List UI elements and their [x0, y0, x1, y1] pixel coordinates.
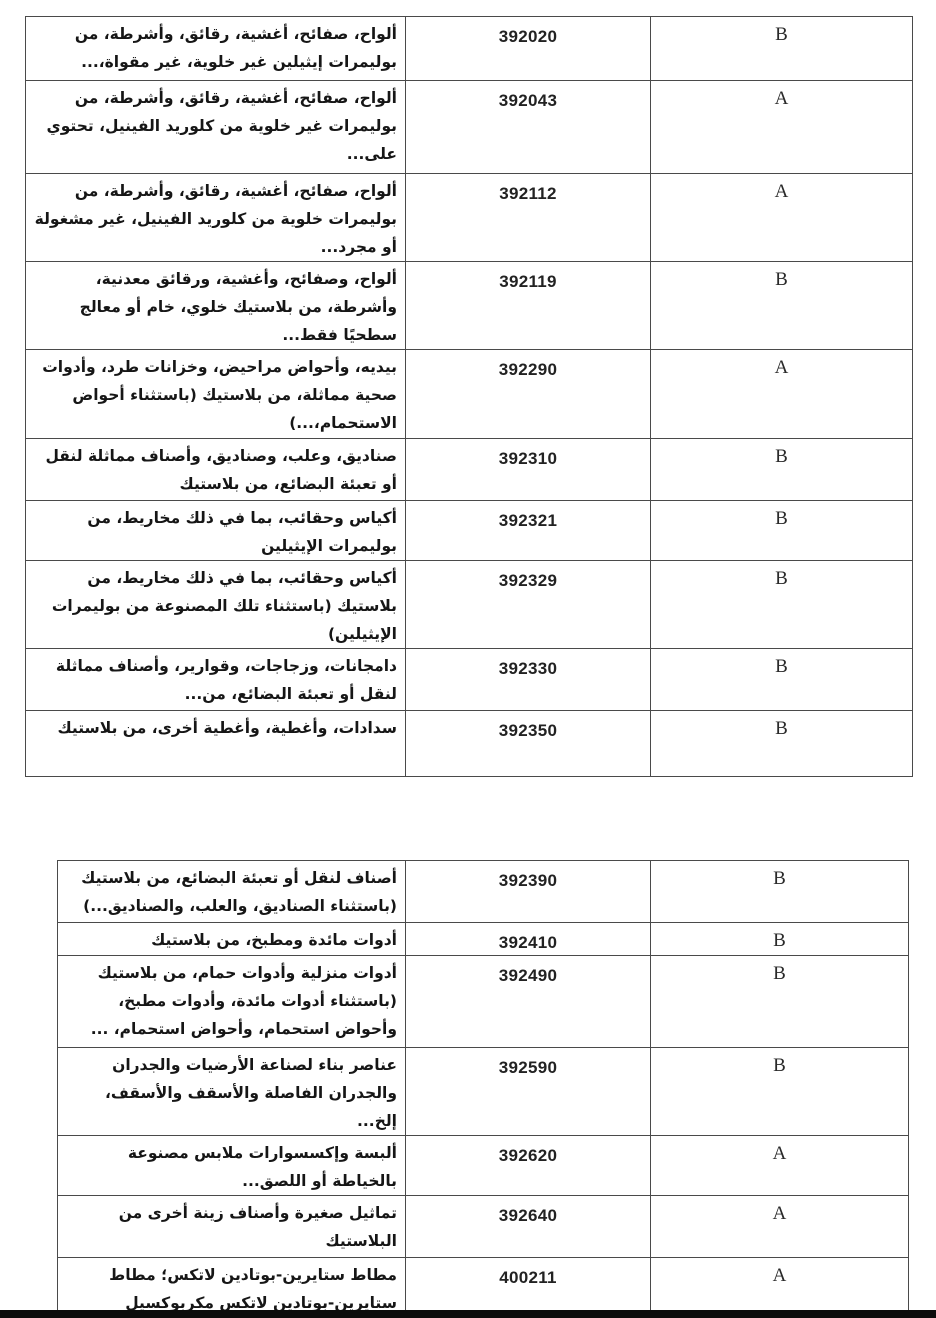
product-description-cell: ألواح، صفائح، أغشية، رقائق، وأشرطة، من ب… — [26, 174, 406, 262]
table-row: أدوات مائدة ومطبخ، من بلاستيك392410B — [58, 923, 909, 956]
category-cell: A — [651, 174, 913, 262]
category-cell: A — [651, 1196, 909, 1258]
hs-code-cell: 392321 — [406, 501, 651, 561]
product-description-cell: ألواح، صفائح، أغشية، رقائق، وأشرطة، من ب… — [26, 17, 406, 81]
category-cell: B — [651, 439, 913, 501]
category-cell: A — [651, 81, 913, 174]
table-row: عناصر بناء لصناعة الأرضيات والجدران والج… — [58, 1048, 909, 1136]
category-cell: B — [651, 956, 909, 1048]
table-row: أكياس وحقائب، بما في ذلك مخاريط، من بولي… — [26, 501, 913, 561]
hs-code-cell: 392490 — [406, 956, 651, 1048]
hs-code-cell: 392112 — [406, 174, 651, 262]
hs-code-cell: 392020 — [406, 17, 651, 81]
product-description-cell: أصناف لنقل أو تعبئة البضائع، من بلاستيك … — [58, 861, 406, 923]
category-cell: B — [651, 501, 913, 561]
table-row: سدادات، وأغطية، وأغطية أخرى، من بلاستيك3… — [26, 711, 913, 777]
product-description-cell: مطاط ستايرين-بوتادين لاتكس؛ مطاط ستايرين… — [58, 1258, 406, 1318]
hs-code-cell: 392410 — [406, 923, 651, 956]
product-description-cell: ألبسة وإكسسوارات ملابس مصنوعة بالخياطة أ… — [58, 1136, 406, 1196]
category-cell: B — [651, 262, 913, 350]
hs-code-cell: 392043 — [406, 81, 651, 174]
hs-code-cell: 392390 — [406, 861, 651, 923]
product-description-cell: أدوات منزلية وأدوات حمام، من بلاستيك (با… — [58, 956, 406, 1048]
hs-code-cell: 392640 — [406, 1196, 651, 1258]
product-description-cell: بيديه، وأحواض مراحيض، وخزانات طرد، وأدوا… — [26, 350, 406, 439]
table-row: ألواح، صفائح، أغشية، رقائق، وأشرطة، من ب… — [26, 174, 913, 262]
hs-code-cell: 392350 — [406, 711, 651, 777]
product-description-cell: عناصر بناء لصناعة الأرضيات والجدران والج… — [58, 1048, 406, 1136]
product-description-cell: أكياس وحقائب، بما في ذلك مخاريط، من بولي… — [26, 501, 406, 561]
table-row: بيديه، وأحواض مراحيض، وخزانات طرد، وأدوا… — [26, 350, 913, 439]
hs-code-table-top: ألواح، صفائح، أغشية، رقائق، وأشرطة، من ب… — [25, 16, 913, 777]
table-row: مطاط ستايرين-بوتادين لاتكس؛ مطاط ستايرين… — [58, 1258, 909, 1318]
product-description-cell: ألواح، صفائح، أغشية، رقائق، وأشرطة، من ب… — [26, 81, 406, 174]
table-row: ألواح، وصفائح، وأغشية، ورقائق معدنية، وأ… — [26, 262, 913, 350]
category-cell: B — [651, 861, 909, 923]
category-cell: B — [651, 17, 913, 81]
hs-code-cell: 392330 — [406, 649, 651, 711]
hs-code-cell: 392329 — [406, 561, 651, 649]
category-cell: A — [651, 1258, 909, 1318]
category-cell: A — [651, 350, 913, 439]
hs-code-cell: 392590 — [406, 1048, 651, 1136]
hs-code-cell: 392119 — [406, 262, 651, 350]
category-cell: B — [651, 1048, 909, 1136]
category-cell: B — [651, 649, 913, 711]
product-description-cell: صناديق، وعلب، وصناديق، وأصناف مماثلة لنق… — [26, 439, 406, 501]
hs-code-cell: 392620 — [406, 1136, 651, 1196]
hs-code-cell: 400211 — [406, 1258, 651, 1318]
product-description-cell: تماثيل صغيرة وأصناف زينة أخرى من البلاست… — [58, 1196, 406, 1258]
category-cell: A — [651, 1136, 909, 1196]
product-description-cell: دامجانات، وزجاجات، وقوارير، وأصناف مماثل… — [26, 649, 406, 711]
hs-code-table-bottom: أصناف لنقل أو تعبئة البضائع، من بلاستيك … — [57, 860, 909, 1318]
hs-code-cell: 392310 — [406, 439, 651, 501]
scan-edge-bar — [0, 1310, 936, 1318]
table-row: ألواح، صفائح، أغشية، رقائق، وأشرطة، من ب… — [26, 81, 913, 174]
hs-code-cell: 392290 — [406, 350, 651, 439]
product-description-cell: أكياس وحقائب، بما في ذلك مخاريط، من بلاس… — [26, 561, 406, 649]
table-row: دامجانات، وزجاجات، وقوارير، وأصناف مماثل… — [26, 649, 913, 711]
table-row: أدوات منزلية وأدوات حمام، من بلاستيك (با… — [58, 956, 909, 1048]
table-row: تماثيل صغيرة وأصناف زينة أخرى من البلاست… — [58, 1196, 909, 1258]
category-cell: B — [651, 923, 909, 956]
table-row: أكياس وحقائب، بما في ذلك مخاريط، من بلاس… — [26, 561, 913, 649]
category-cell: B — [651, 561, 913, 649]
table-row: ألبسة وإكسسوارات ملابس مصنوعة بالخياطة أ… — [58, 1136, 909, 1196]
table-row: أصناف لنقل أو تعبئة البضائع، من بلاستيك … — [58, 861, 909, 923]
table-row: صناديق، وعلب، وصناديق، وأصناف مماثلة لنق… — [26, 439, 913, 501]
category-cell: B — [651, 711, 913, 777]
product-description-cell: أدوات مائدة ومطبخ، من بلاستيك — [58, 923, 406, 956]
product-description-cell: سدادات، وأغطية، وأغطية أخرى، من بلاستيك — [26, 711, 406, 777]
table-row: ألواح، صفائح، أغشية، رقائق، وأشرطة، من ب… — [26, 17, 913, 81]
product-description-cell: ألواح، وصفائح، وأغشية، ورقائق معدنية، وأ… — [26, 262, 406, 350]
